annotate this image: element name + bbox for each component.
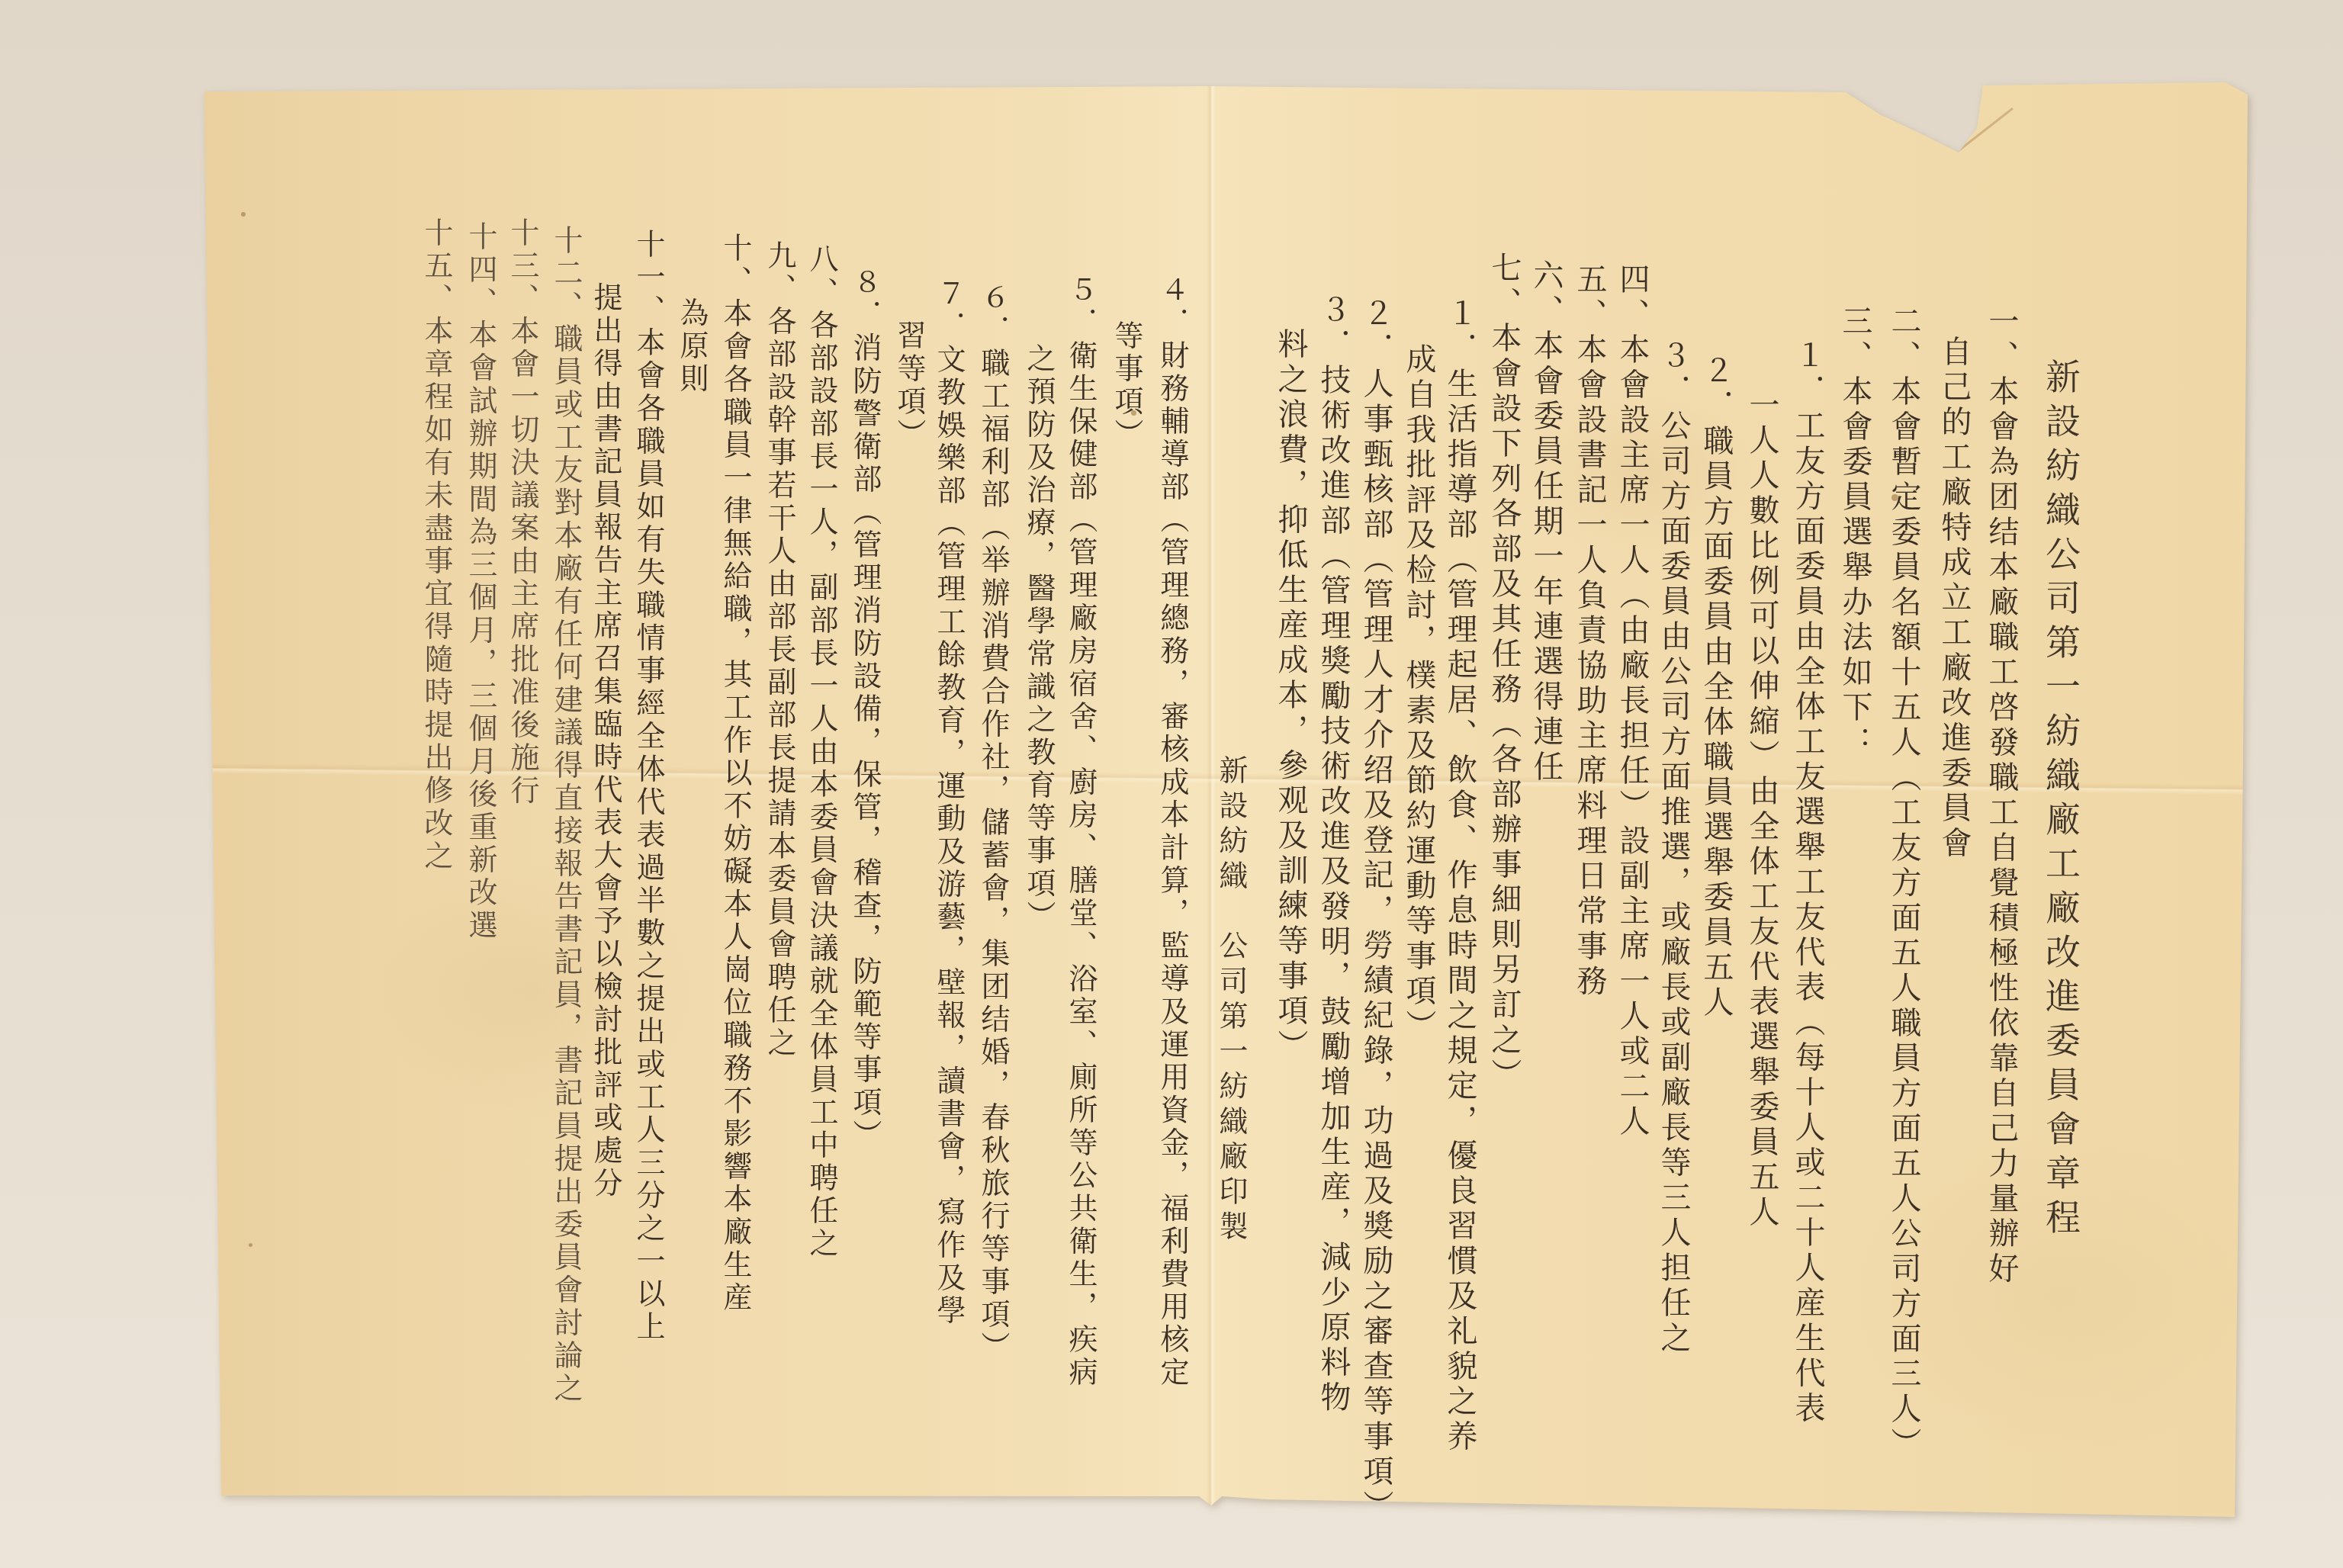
ink-stain xyxy=(249,1243,252,1247)
article-2: 二、本會暫定委員名額十五人（工友方面五人職員方面五人公司方面三人） xyxy=(1885,305,1919,1463)
dept-6: ６．職工福利部（举辦消費合作社，儲蓄會，集团结婚，春秋旅行等事項） xyxy=(975,282,1008,1364)
article-11-line-1: 十一、本會各職員如有失職情事經全体代表過半數之提出或工人三分之一以上 xyxy=(631,229,663,1344)
ink-stain xyxy=(241,212,246,217)
dept-7-line-2: 習等項） xyxy=(892,320,924,451)
dept-2: ２．人事甄核部（管理人才介绍及登記，勞績紀錄，功過及獎励之審查等事項） xyxy=(1358,297,1391,1525)
dept-4-line-1: ４．財務輔導部（管理總務，審核成本計算，監導及運用資金，福利費用核定 xyxy=(1155,275,1187,1390)
article-3-item-2: ２．職員方面委員由全体職員選舉委員五人 xyxy=(1698,355,1731,1021)
dept-4-line-2: 等事項） xyxy=(1109,320,1141,451)
article-1-line-2: 自己的工廠特成立工廠改進委員會 xyxy=(1936,336,1969,862)
dept-7-line-1: ７．文教娛樂部（管理工餘教育，運動及游藝，壁報，讀書會，寫作及學 xyxy=(931,278,963,1328)
article-10-line-2: 為原則 xyxy=(674,297,706,396)
article-1-line-1: 一、本會為团结本廠職工啓發職工自覺積極性依靠自己力量辦好 xyxy=(1983,305,2017,1287)
article-10-line-1: 十、本會各職員一律無給職，其工作以不妨礙本人崗位職務不影響本廠生産 xyxy=(718,233,750,1315)
article-6: 六、本會委員任期一年連選得連任 xyxy=(1528,259,1561,786)
article-8: 八、各部設部長一人，副部長一人由本委員會決議就全体員工中聘任之 xyxy=(804,244,836,1261)
article-3: 三、本會委員選舉办法如下： xyxy=(1837,305,1870,761)
dept-1-line-2: 成自我批評及检討，樸素及節約運動等事項） xyxy=(1400,343,1434,1045)
article-3-item-3: ３．公司方面委員由公司方面推選，或廠長或副廠長等三人担任之 xyxy=(1655,339,1689,1357)
dept-5-line-2: 之預防及治療，醫學常識之教育等事項） xyxy=(1021,343,1053,933)
article-13: 十三、本會一切決議案由主席批准後施行 xyxy=(505,217,537,808)
dept-1-line-1: １．生活指導部（管理起居、飲食、作息時間之規定，優良習慣及礼貌之养 xyxy=(1441,297,1475,1455)
printer-imprint: 新設紡織 公司第一紡織廠印製 xyxy=(1213,755,1245,1246)
document-title: 新設紡織公司第一紡織廠工廠改進委員會章程 xyxy=(2040,358,2078,1243)
article-7: 七、本會設下列各部及其任務（各部辦事細則另訂之） xyxy=(1486,252,1519,1094)
article-3-item-1-line-1: １．工友方面委員由全体工友選舉工友代表（每十人或二十人産生代表 xyxy=(1789,339,1823,1427)
torn-corner-crease xyxy=(1958,108,2014,152)
article-11-line-2: 提出得由書記員報告主席召集臨時代表大會予以檢討批評或處分 xyxy=(588,282,620,1200)
dept-8: ８．消防警衛部（管理消防設備，保管，稽查，防範等事項） xyxy=(847,267,879,1152)
article-15: 十五、本章程如有未盡事宜得隨時提出修改之 xyxy=(419,217,451,873)
dept-3-line-1: ３．技術改進部（管理獎勵技術改進及發明，鼓勵增加生産，減少原料物 xyxy=(1315,294,1348,1416)
article-12: 十二、職員或工友對本廠有任何建議得直接報告書記員，書記員提出委員會討論之 xyxy=(548,225,580,1406)
article-5: 五、本會設書記一人負責協助主席料理日常事務 xyxy=(1571,263,1605,1000)
article-3-item-1-line-2: 一人人數比例可以伸縮）由全体工友代表選舉委員五人 xyxy=(1744,389,1777,1231)
dept-5-line-1: ５．衛生保健部（管理廠房宿舍、廚房、膳堂、浴室、廁所等公共衛生，疾病 xyxy=(1063,275,1095,1390)
article-14: 十四、本會試辦期間為三個月，三個月後重新改選 xyxy=(463,221,495,943)
dept-3-line-2: 料之浪費，抑低生産成本，參观及訓練等事項） xyxy=(1272,328,1306,1065)
article-4: 四、本會設主席一人（由廠長担任）設副主席一人或二人 xyxy=(1614,263,1647,1140)
article-9: 九、各部設幹事若干人由部長副部長提請本委員會聘任之 xyxy=(762,240,794,1060)
